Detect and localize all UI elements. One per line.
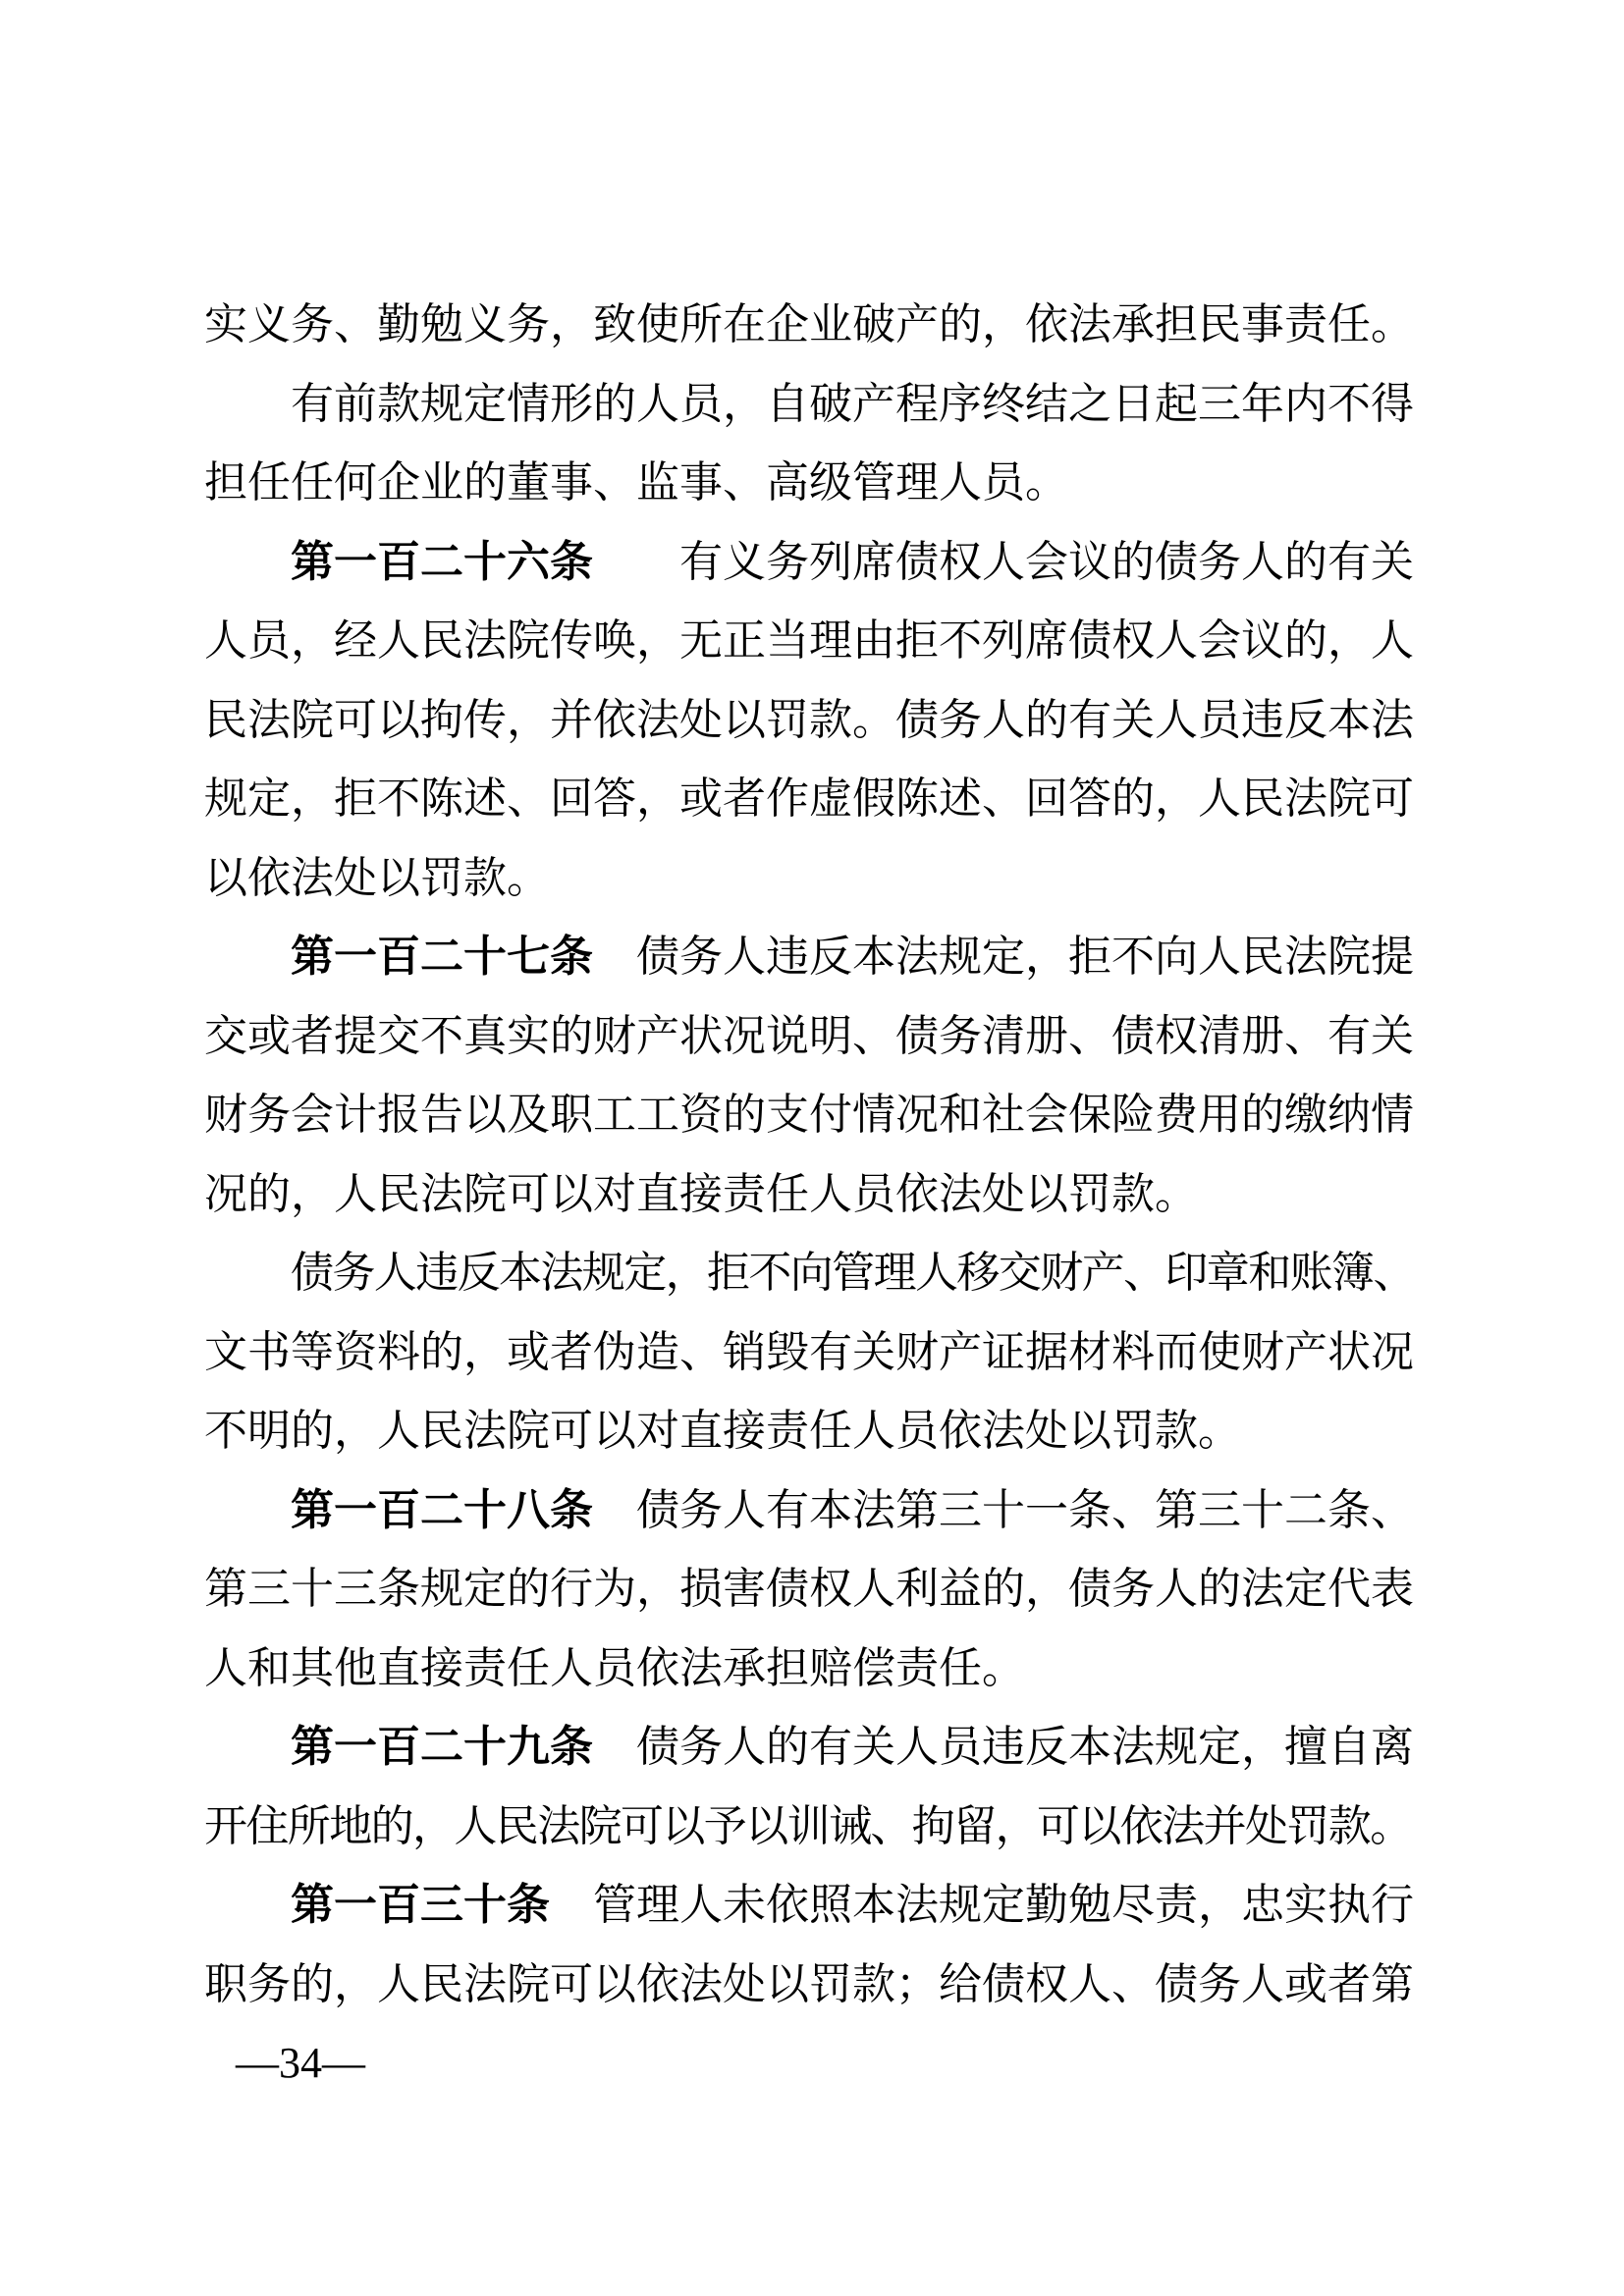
article-text: 管理人未依照本法规定勤勉尽责，忠实执行 [593, 1866, 1414, 1946]
page-number: —34— [236, 2042, 365, 2085]
body-text: 实义务、勤勉义务，致使所在企业破产的，依法承担民事责任。 有前款规定情形的人员，… [204, 286, 1414, 2024]
article-number: 第一百二十八条 [291, 1471, 593, 1551]
text-line: 有前款规定情形的人员，自破产程序终结之日起三年内不得 [204, 365, 1414, 445]
text-line-article-129: 第一百二十九条 债务人的有关人员违反本法规定，擅自离 [204, 1708, 1414, 1788]
text-line: 担任任何企业的董事、监事、高级管理人员。 [204, 444, 1414, 523]
text-line: 债务人违反本法规定，拒不向管理人移交财产、印章和账簿、 [204, 1234, 1414, 1313]
article-text: 有义务列席债权人会议的债务人的有关 [679, 523, 1414, 603]
text-line: 况的，人民法院可以对直接责任人员依法处以罚款。 [204, 1155, 1414, 1235]
text-line: 人员，经人民法院传唤，无正当理由拒不列席债权人会议的，人 [204, 602, 1414, 681]
text-line: 开住所地的，人民法院可以予以训诫、拘留，可以依法并处罚款。 [204, 1788, 1414, 1867]
article-text: 债务人违反本法规定，拒不向人民法院提 [636, 918, 1414, 997]
article-number: 第一百二十六条 [291, 523, 593, 603]
text-line: 文书等资料的，或者伪造、销毁有关财产证据材料而使财产状况 [204, 1313, 1414, 1393]
text-line: 以依法处以罚款。 [204, 839, 1414, 919]
text-line: 实义务、勤勉义务，致使所在企业破产的，依法承担民事责任。 [204, 286, 1414, 365]
article-text: 债务人有本法第三十一条、第三十二条、 [636, 1471, 1414, 1551]
text-line-article-126: 第一百二十六条 有义务列席债权人会议的债务人的有关 [204, 523, 1414, 603]
text-line: 第三十三条规定的行为，损害债权人利益的，债务人的法定代表 [204, 1550, 1414, 1629]
article-text: 债务人的有关人员违反本法规定，擅自离 [636, 1708, 1414, 1788]
text-line-article-128: 第一百二十八条 债务人有本法第三十一条、第三十二条、 [204, 1471, 1414, 1551]
text-line: 规定，拒不陈述、回答，或者作虚假陈述、回答的，人民法院可 [204, 760, 1414, 839]
text-line-article-127: 第一百二十七条 债务人违反本法规定，拒不向人民法院提 [204, 918, 1414, 997]
text-line-article-130: 第一百三十条 管理人未依照本法规定勤勉尽责，忠实执行 [204, 1866, 1414, 1946]
text-line: 职务的，人民法院可以依法处以罚款；给债权人、债务人或者第 [204, 1946, 1414, 2025]
article-number: 第一百三十条 [291, 1866, 550, 1946]
article-number: 第一百二十七条 [291, 918, 593, 997]
text-line: 不明的，人民法院可以对直接责任人员依法处以罚款。 [204, 1392, 1414, 1471]
text-line: 交或者提交不真实的财产状况说明、债务清册、债权清册、有关 [204, 997, 1414, 1077]
article-number: 第一百二十九条 [291, 1708, 593, 1788]
text-line: 民法院可以拘传，并依法处以罚款。债务人的有关人员违反本法 [204, 681, 1414, 761]
text-line: 财务会计报告以及职工工资的支付情况和社会保险费用的缴纳情 [204, 1076, 1414, 1155]
text-line: 人和其他直接责任人员依法承担赔偿责任。 [204, 1629, 1414, 1709]
document-page: 实义务、勤勉义务，致使所在企业破产的，依法承担民事责任。 有前款规定情形的人员，… [0, 0, 1624, 2296]
